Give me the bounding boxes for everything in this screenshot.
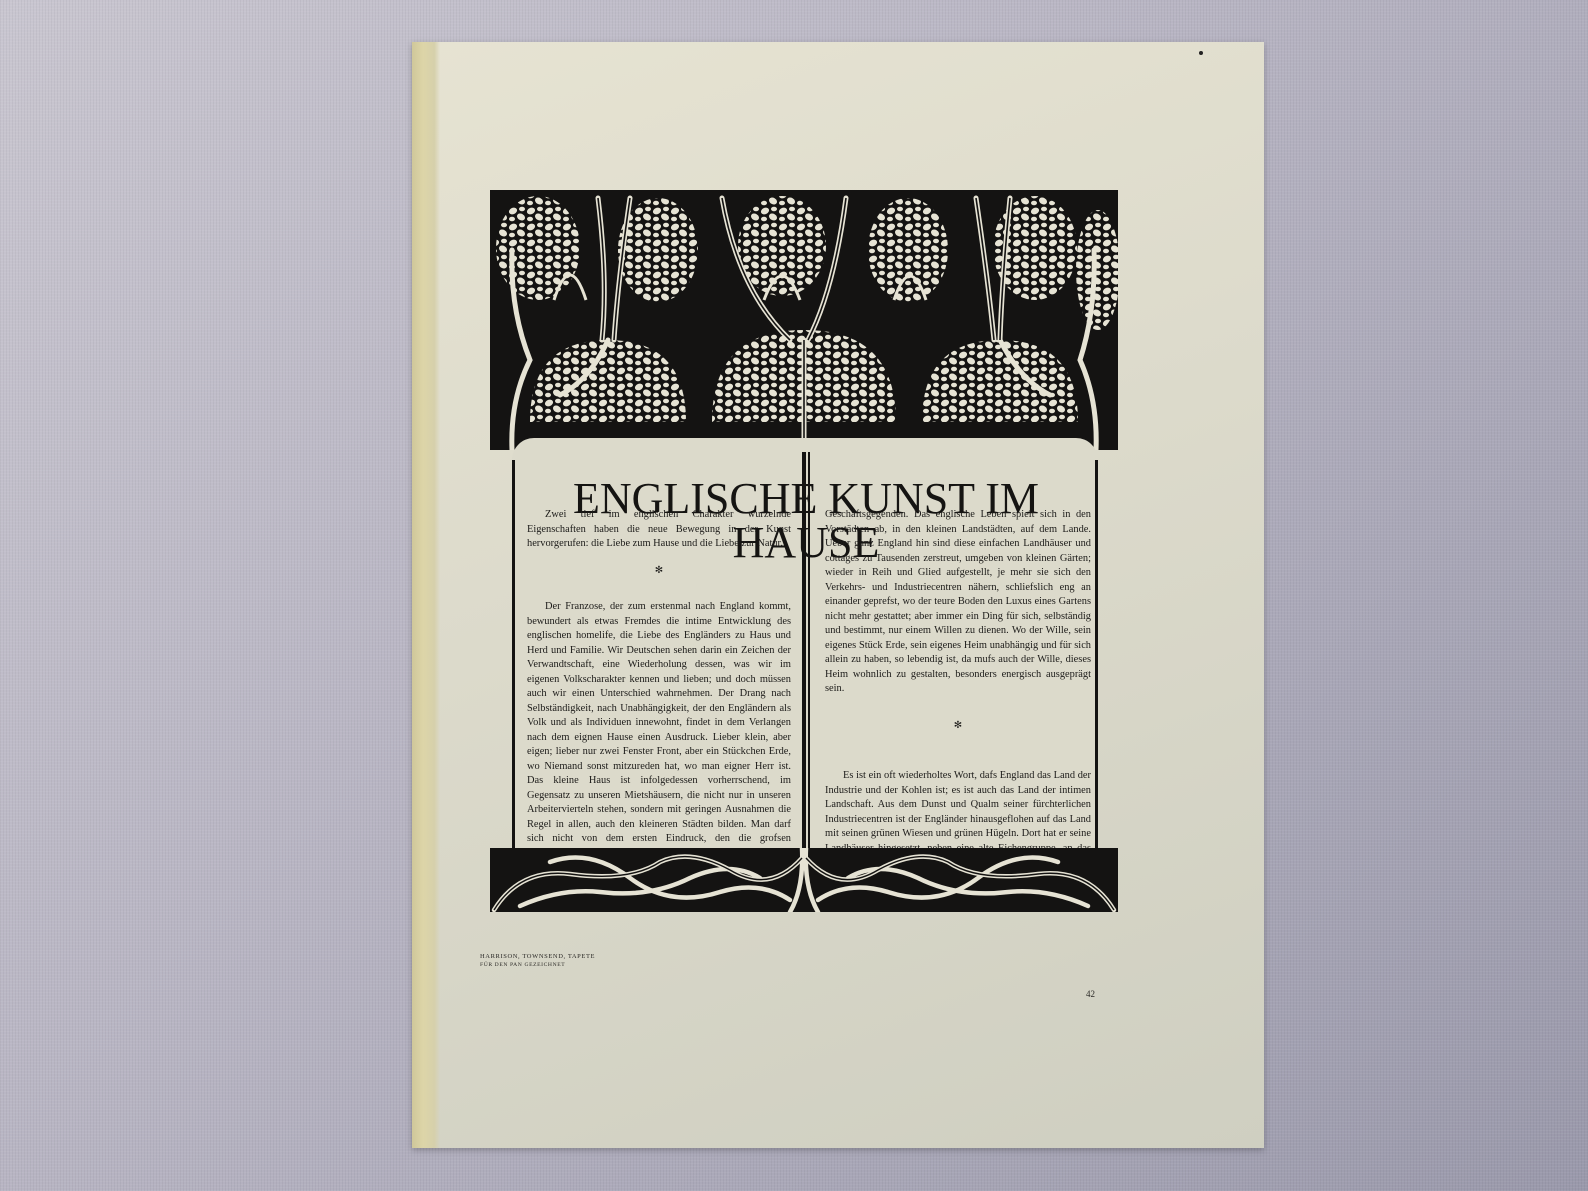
- asterism-separator: ✻: [825, 719, 1091, 734]
- left-text-column: Zwei tief im englischen Charakter wurzel…: [527, 508, 791, 876]
- continuation-paragraph: Geschäftsgegenden. Das englische Leben s…: [825, 508, 1091, 697]
- asterism-separator: ✻: [527, 564, 791, 579]
- intro-paragraph: Zwei tief im englischen Charakter wurzel…: [527, 508, 791, 552]
- tree-foliage-ornament-icon: [490, 190, 1118, 450]
- credit-line-artist: Harrison, Townsend, Tapete: [480, 952, 595, 961]
- gilt-deckled-edge: [412, 42, 440, 1148]
- credit-line-commission: Für den Pan gezeichnet: [480, 961, 595, 970]
- pin-hole: [1199, 51, 1203, 55]
- illustration-credit: Harrison, Townsend, Tapete Für den Pan g…: [480, 952, 595, 970]
- frame-right-line: [1095, 460, 1098, 852]
- interlaced-roots-ornament-icon: [490, 848, 1118, 912]
- paper-sheet: ENGLISCHE KUNST IM HAUSE Zwei tief im en…: [412, 42, 1264, 1148]
- body-paragraph: Der Franzose, der zum erstenmal nach Eng…: [527, 600, 791, 876]
- right-text-column: Geschäftsgegenden. Das englische Leben s…: [825, 508, 1091, 900]
- illustrated-plate: ENGLISCHE KUNST IM HAUSE Zwei tief im en…: [490, 190, 1118, 912]
- frame-left-line: [512, 460, 515, 852]
- page-number: 42: [1086, 989, 1095, 999]
